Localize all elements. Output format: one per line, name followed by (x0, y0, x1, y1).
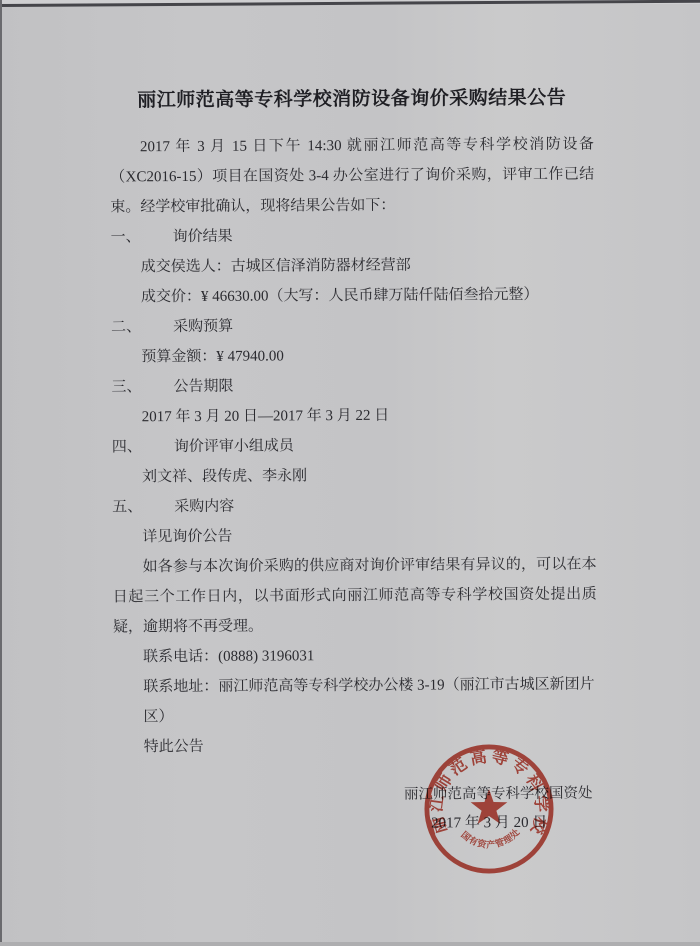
section-1-number: 一、 (110, 222, 172, 252)
section-3-number: 三、 (111, 372, 173, 402)
intro-paragraph: 2017 年 3 月 15 日下午 14:30 就丽江师范高等专科学校消防设备（… (110, 130, 595, 223)
section-4-number: 四、 (112, 432, 174, 462)
objection-paragraph: 如各参与本次询价采购的供应商对询价评审结果有异议的，可以在本日起三个工作日内，以… (112, 549, 597, 642)
section-5-header: 五、采购内容 (112, 489, 596, 522)
contact-address-line: 联系地址：丽江师范高等专科学校办公楼 3-19（丽江市古城区新团片区） (143, 669, 597, 732)
section-1-header: 一、询价结果 (110, 220, 594, 253)
section-2-header: 二、采购预算 (111, 310, 595, 343)
seal-star-icon (471, 789, 508, 824)
official-seal: 丽江师范高等专科学校 国有资产管理处 (420, 740, 558, 878)
section-1-item-price: 成交价：¥ 46630.00（大写：人民币肆万陆仟陆佰叁拾元整） (141, 280, 595, 313)
section-5-title: 采购内容 (174, 499, 234, 515)
contact-phone-line: 联系电话：(0888) 3196031 (143, 639, 597, 672)
official-seal-graphic: 丽江师范高等专科学校 国有资产管理处 (420, 740, 558, 878)
section-1-item-winner: 成交侯选人：古城区信泽消防器材经营部 (141, 250, 595, 283)
section-4-item-members: 刘文祥、段传虎、李永刚 (142, 459, 596, 492)
section-2-number: 二、 (111, 312, 173, 342)
section-2-title: 采购预算 (173, 319, 233, 335)
section-5-item-content: 详见询价公告 (142, 519, 596, 552)
section-3-item-period: 2017 年 3 月 20 日—2017 年 3 月 22 日 (142, 399, 596, 432)
section-1-title: 询价结果 (173, 229, 233, 245)
section-4-header: 四、询价评审小组成员 (112, 429, 596, 462)
scanned-document-page: 丽江师范高等专科学校消防设备询价采购结果公告 2017 年 3 月 15 日下午… (0, 0, 700, 946)
section-5-number: 五、 (112, 492, 174, 522)
section-3-header: 三、公告期限 (111, 369, 595, 402)
document-content: 丽江师范高等专科学校消防设备询价采购结果公告 2017 年 3 月 15 日下午… (0, 0, 700, 946)
seal-banner-text: 国有资产管理处 (459, 826, 522, 850)
section-2-item-budget: 预算金额：¥ 47940.00 (141, 339, 595, 372)
section-4-title: 询价评审小组成员 (174, 438, 294, 455)
section-3-title: 公告期限 (173, 379, 233, 395)
document-title: 丽江师范高等专科学校消防设备询价采购结果公告 (110, 83, 594, 118)
svg-text:国有资产管理处: 国有资产管理处 (459, 826, 522, 850)
